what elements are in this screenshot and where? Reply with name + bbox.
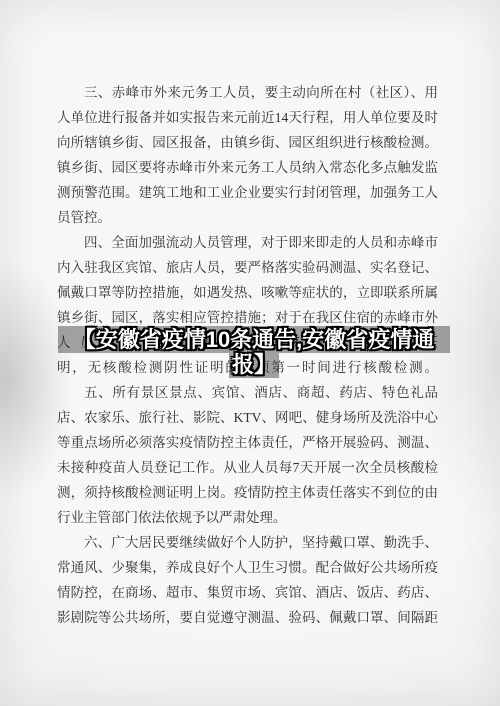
- caption-overlay: 【安徽省疫情10条通告,安徽省疫情通 报】: [58, 326, 450, 378]
- document-line-15: 等重点场所必须落实疫情防控主体责任，严格开展验码、测温、: [57, 430, 438, 455]
- caption-line-1: 【安徽省疫情10条通告,安徽省疫情通: [58, 326, 450, 353]
- document-line-2: 人单位进行报备并如实报告来元前近14天行程，用人单位要及时: [57, 105, 438, 130]
- document-line-8: 内入驻我区宾馆、旅店人员，要严格落实验码测温、实名登记、: [57, 255, 438, 280]
- caption-line-2: 报】: [229, 353, 279, 378]
- document-line-22: 影剧院等公共场所，要自觉遵守测温、验码、佩戴口罩、间隔距: [57, 605, 438, 630]
- document-line-5: 测预警范围。建筑工地和工业企业要实行封闭管理，加强务工人: [57, 180, 438, 205]
- document-line-6: 员管控。: [57, 205, 438, 230]
- document-line-17: 测，须持核酸检测证明上岗。疫情防控主体责任落实不到位的由: [57, 480, 438, 505]
- scanned-document-page: 三、赤峰市外来元务工人员，要主动向所在村（社区）、用人单位进行报备并如实报告来元…: [0, 0, 500, 706]
- document-line-19: 六、广大居民要继续做好个人防护，坚持戴口罩、勤洗手、: [57, 530, 438, 555]
- document-line-16: 未接种疫苗人员登记工作。从业人员每7天开展一次全员核酸检: [57, 455, 438, 480]
- document-line-4: 镇乡街、园区要将赤峰市外来元务工人员纳入常态化多点触发监: [57, 155, 438, 180]
- document-line-21: 情防控，在商场、超市、集贸市场、宾馆、酒店、饭店、药店、: [57, 580, 438, 605]
- document-line-7: 四、全面加强流动人员管理，对于即来即走的人员和赤峰市: [57, 230, 438, 255]
- document-line-18: 行业主管部门依法依规予以严肃处理。: [57, 505, 438, 530]
- document-line-20: 常通风、少聚集，养成良好个人卫生习惯。配合做好公共场所疫: [57, 555, 438, 580]
- document-line-3: 向所辖镇乡街、园区报备，由镇乡街、园区组织进行核酸检测。: [57, 130, 438, 155]
- document-line-1: 三、赤峰市外来元务工人员，要主动向所在村（社区）、用: [57, 80, 438, 105]
- screenshot-root: 三、赤峰市外来元务工人员，要主动向所在村（社区）、用人单位进行报备并如实报告来元…: [0, 0, 500, 706]
- document-line-14: 店、农家乐、旅行社、影院、KTV、网吧、健身场所及洗浴中心: [57, 405, 438, 430]
- document-line-13: 五、所有景区景点、宾馆、酒店、商超、药店、特色礼品: [57, 380, 438, 405]
- document-line-9: 佩戴口罩等防控措施，如遇发热、咳嗽等症状的，立即联系所属: [57, 280, 438, 305]
